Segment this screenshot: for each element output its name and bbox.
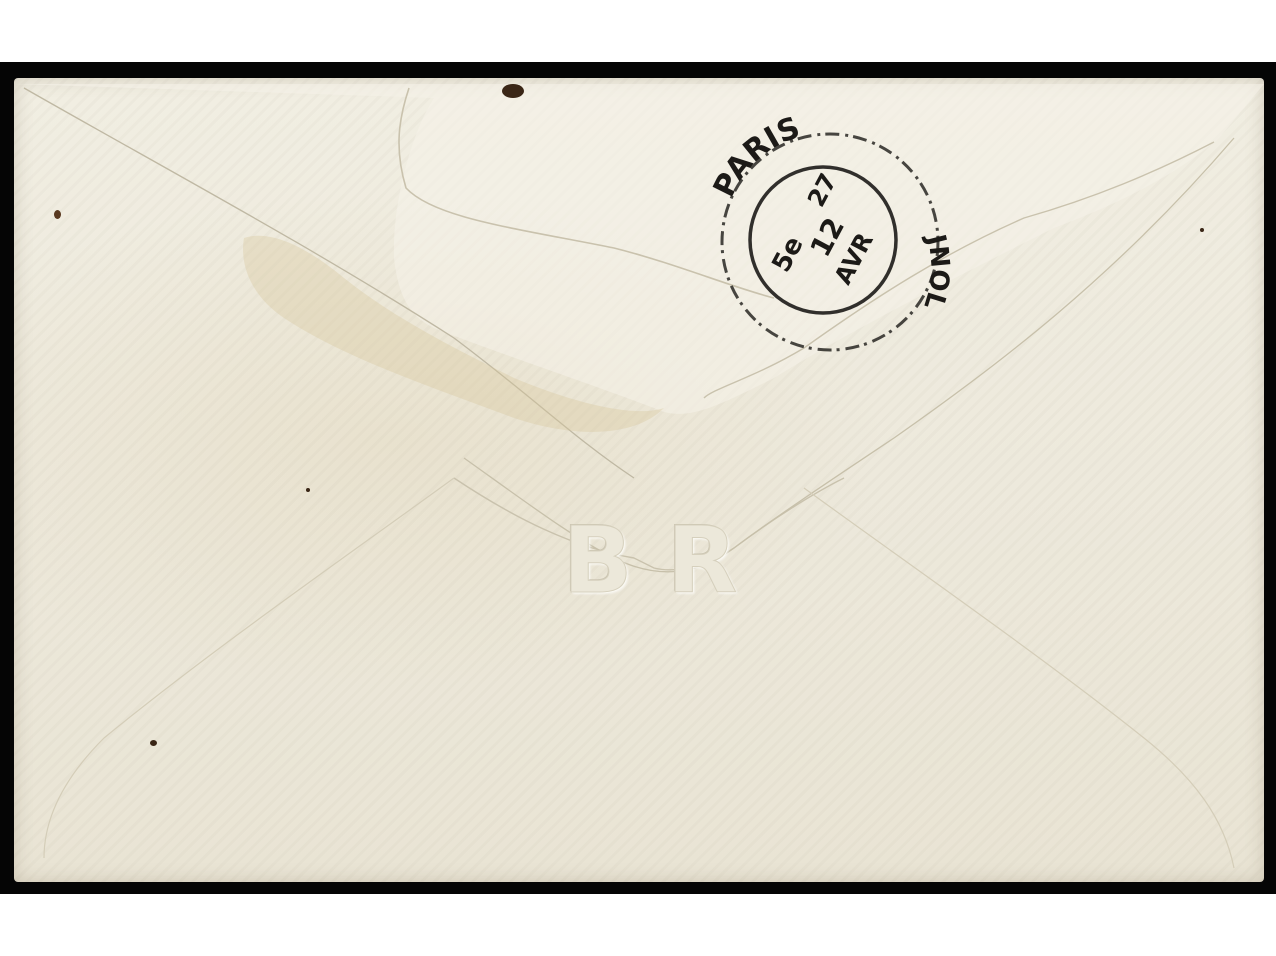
foxing-spot bbox=[54, 210, 61, 219]
envelope-folds bbox=[14, 78, 1264, 882]
postmark-day: 5e bbox=[766, 232, 809, 278]
foxing-spot bbox=[150, 740, 157, 746]
fold-line-left-bottom bbox=[44, 478, 454, 858]
postmark-city: PARIS bbox=[707, 112, 805, 203]
postmark-date: 27 bbox=[802, 169, 842, 212]
envelope-back: B R bbox=[14, 78, 1264, 882]
foxing-spot bbox=[1200, 228, 1204, 232]
embossed-monogram: B R bbox=[562, 510, 742, 610]
monogram-letter-r: R bbox=[667, 507, 742, 614]
foxing-spot bbox=[306, 488, 310, 492]
ink-blot bbox=[502, 84, 524, 98]
paris-postmark: PARIS JNOL 5e 12 27 AVR bbox=[690, 112, 970, 362]
fold-line-right-bottom bbox=[804, 488, 1234, 868]
postmark-side-text: JNOL bbox=[917, 230, 954, 313]
top-flap-shadow bbox=[14, 84, 1264, 414]
monogram-letter-b: B bbox=[563, 507, 637, 614]
